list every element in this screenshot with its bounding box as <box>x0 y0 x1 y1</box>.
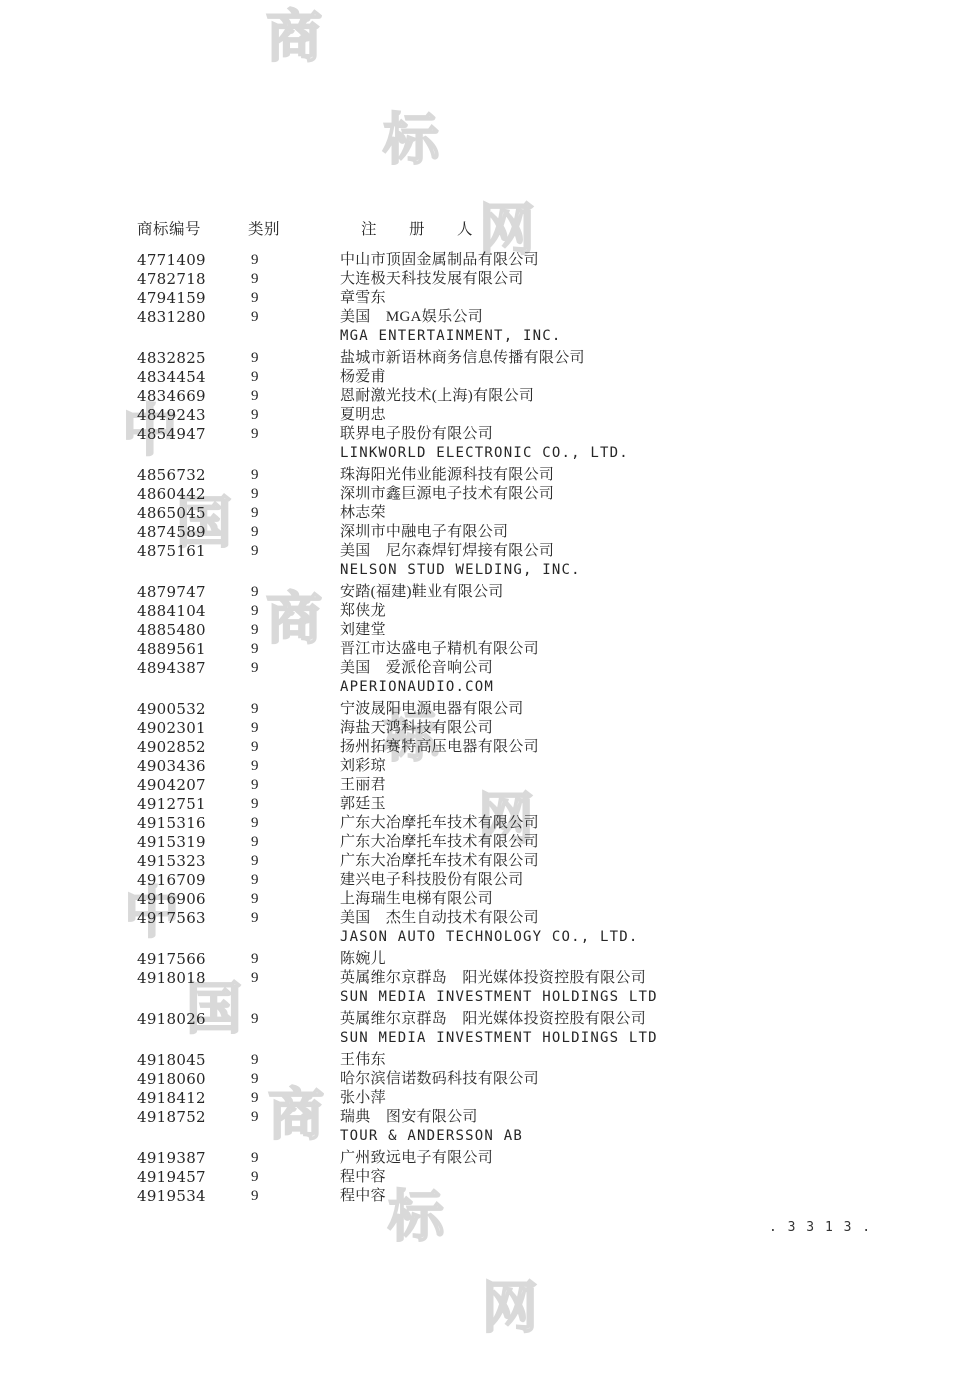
registrant-english-line: JASON AUTO TECHNOLOGY CO., LTD. <box>137 928 897 947</box>
trademark-number-cell: 4918060 <box>137 1070 206 1089</box>
trademark-number-cell: 4834669 <box>137 387 206 406</box>
table-row: 48567329珠海阳光伟业能源科技有限公司 <box>137 466 897 485</box>
table-row: 49167099建兴电子科技股份有限公司 <box>137 871 897 890</box>
class-cell: 9 <box>251 1010 259 1029</box>
trademark-number-cell: 4854947 <box>137 425 206 444</box>
registrant-cell: 瑞典 图安有限公司 <box>340 1108 478 1127</box>
class-cell: 9 <box>251 871 259 890</box>
registrant-cell: 安踏(福建)鞋业有限公司 <box>340 583 504 602</box>
registrant-cell: 联界电子股份有限公司 <box>340 425 493 444</box>
class-cell: 9 <box>251 504 259 523</box>
registrant-cell: 英属维尔京群岛 阳光媒体投资控股有限公司 <box>340 1010 646 1029</box>
class-cell: 9 <box>251 542 259 561</box>
class-cell: 9 <box>251 1089 259 1108</box>
class-cell: 9 <box>251 425 259 444</box>
class-cell: 9 <box>251 719 259 738</box>
registrant-cell: 扬州拓赛特高压电器有限公司 <box>340 738 539 757</box>
table-row: 49153239广东大冶摩托车技术有限公司 <box>137 852 897 871</box>
class-cell: 9 <box>251 852 259 871</box>
registrant-cell: 林志荣 <box>340 504 386 523</box>
trademark-number-cell: 4900532 <box>137 700 206 719</box>
trademark-number-cell: 4912751 <box>137 795 206 814</box>
table-row: 48841049郑侠龙 <box>137 602 897 621</box>
table-row: 48797479安踏(福建)鞋业有限公司 <box>137 583 897 602</box>
registrant-cell: 王伟东 <box>340 1051 386 1070</box>
registrant-cell: 深圳市中融电子有限公司 <box>340 523 508 542</box>
trademark-number-cell: 4918026 <box>137 1010 206 1029</box>
trademark-number-cell: 4904207 <box>137 776 206 795</box>
trademark-number-cell: 4794159 <box>137 289 206 308</box>
trademark-number-cell: 4782718 <box>137 270 206 289</box>
table-row: 48604429深圳市鑫巨源电子技术有限公司 <box>137 485 897 504</box>
page-content: 商标编号 类别 注 册 人 47714099中山市顶固金属制品有限公司47827… <box>0 0 980 1400</box>
trademark-number-cell: 4834454 <box>137 368 206 387</box>
trademark-number-cell: 4919387 <box>137 1149 206 1168</box>
trademark-number-cell: 4918018 <box>137 969 206 988</box>
table-row: 48745899深圳市中融电子有限公司 <box>137 523 897 542</box>
class-cell: 9 <box>251 368 259 387</box>
trademark-number-cell: 4874589 <box>137 523 206 542</box>
registrant-english-line: MGA ENTERTAINMENT, INC. <box>137 327 897 346</box>
table-row: 49180269英属维尔京群岛 阳光媒体投资控股有限公司 <box>137 1010 897 1029</box>
registrant-cell: 英属维尔京群岛 阳光媒体投资控股有限公司 <box>340 969 646 988</box>
table-row: 49034369刘彩琼 <box>137 757 897 776</box>
table-row: 49195349程中容 <box>137 1187 897 1206</box>
class-cell: 9 <box>251 738 259 757</box>
class-cell: 9 <box>251 406 259 425</box>
table-row: 49187529瑞典 图安有限公司 <box>137 1108 897 1127</box>
registrant-cell: 海盐天鸿科技有限公司 <box>340 719 493 738</box>
class-cell: 9 <box>251 387 259 406</box>
registrant-english-line: SUN MEDIA INVESTMENT HOLDINGS LTD <box>137 988 897 1007</box>
class-cell: 9 <box>251 270 259 289</box>
class-cell: 9 <box>251 1149 259 1168</box>
table-row: 48344549杨爱甫 <box>137 368 897 387</box>
registrant-cell: 上海瑞生电梯有限公司 <box>340 890 493 909</box>
table-row: 49180609哈尔滨信诺数码科技有限公司 <box>137 1070 897 1089</box>
registrant-cell: 章雪东 <box>340 289 386 308</box>
trademark-number-cell: 4915316 <box>137 814 206 833</box>
class-cell: 9 <box>251 349 259 368</box>
trademark-number-cell: 4916709 <box>137 871 206 890</box>
registrant-cell: 哈尔滨信诺数码科技有限公司 <box>340 1070 539 1089</box>
class-cell: 9 <box>251 833 259 852</box>
class-cell: 9 <box>251 1051 259 1070</box>
class-cell: 9 <box>251 890 259 909</box>
table-row: 48943879美国 爱派伦音响公司 <box>137 659 897 678</box>
table-row: 48895619晋江市达盛电子精机有限公司 <box>137 640 897 659</box>
table-row: 48328259盐城市新语林商务信息传播有限公司 <box>137 349 897 368</box>
trademark-number-cell: 4919534 <box>137 1187 206 1206</box>
registrant-cell: 夏明忠 <box>340 406 386 425</box>
column-header-trademark-number: 商标编号 <box>137 217 201 239</box>
class-cell: 9 <box>251 583 259 602</box>
class-cell: 9 <box>251 1168 259 1187</box>
registrant-cell: 广东大冶摩托车技术有限公司 <box>340 814 539 833</box>
table-row: 48650459林志荣 <box>137 504 897 523</box>
table-row: 47714099中山市顶固金属制品有限公司 <box>137 251 897 270</box>
registrant-cell: 美国 爱派伦音响公司 <box>340 659 493 678</box>
class-cell: 9 <box>251 1108 259 1127</box>
trademark-number-cell: 4915319 <box>137 833 206 852</box>
column-header-registrant: 注 册 人 <box>361 217 473 239</box>
class-cell: 9 <box>251 776 259 795</box>
registrant-cell: 美国 尼尔森焊钉焊接有限公司 <box>340 542 554 561</box>
table-row: 48312809美国 MGA娱乐公司 <box>137 308 897 327</box>
registrant-cell: 刘建堂 <box>340 621 386 640</box>
page-number: . 3 3 1 3 . <box>769 1220 872 1235</box>
class-cell: 9 <box>251 795 259 814</box>
class-cell: 9 <box>251 602 259 621</box>
class-cell: 9 <box>251 621 259 640</box>
class-cell: 9 <box>251 757 259 776</box>
registrant-cell: 晋江市达盛电子精机有限公司 <box>340 640 539 659</box>
registrant-english-line: NELSON STUD WELDING, INC. <box>137 561 897 580</box>
registrant-cell: 程中容 <box>340 1168 386 1187</box>
table-row: 49184129张小萍 <box>137 1089 897 1108</box>
registrant-cell: 珠海阳光伟业能源科技有限公司 <box>340 466 554 485</box>
registrant-english-line: APERIONAUDIO.COM <box>137 678 897 697</box>
table-row: 48549479联界电子股份有限公司 <box>137 425 897 444</box>
class-cell: 9 <box>251 466 259 485</box>
registrant-cell: 郑侠龙 <box>340 602 386 621</box>
registrant-cell: 建兴电子科技股份有限公司 <box>340 871 524 890</box>
registrant-cell: 大连极天科技发展有限公司 <box>340 270 524 289</box>
registrant-cell: 宁波晟阳电源电器有限公司 <box>340 700 524 719</box>
trademark-number-cell: 4902301 <box>137 719 206 738</box>
table-row: 48346699恩耐激光技术(上海)有限公司 <box>137 387 897 406</box>
table-row: 49169069上海瑞生电梯有限公司 <box>137 890 897 909</box>
class-cell: 9 <box>251 289 259 308</box>
registrant-cell: 广州致远电子有限公司 <box>340 1149 493 1168</box>
table-row: 49023019海盐天鸿科技有限公司 <box>137 719 897 738</box>
table-row: 49153199广东大冶摩托车技术有限公司 <box>137 833 897 852</box>
trademark-number-cell: 4902852 <box>137 738 206 757</box>
registrant-cell: 美国 MGA娱乐公司 <box>340 308 483 327</box>
class-cell: 9 <box>251 950 259 969</box>
trademark-number-cell: 4916906 <box>137 890 206 909</box>
class-cell: 9 <box>251 308 259 327</box>
class-cell: 9 <box>251 1070 259 1089</box>
registrant-cell: 张小萍 <box>340 1089 386 1108</box>
trademark-number-cell: 4832825 <box>137 349 206 368</box>
trademark-number-cell: 4849243 <box>137 406 206 425</box>
trademark-number-cell: 4919457 <box>137 1168 206 1187</box>
trademark-number-cell: 4865045 <box>137 504 206 523</box>
trademark-number-cell: 4831280 <box>137 308 206 327</box>
trademark-number-cell: 4917566 <box>137 950 206 969</box>
trademark-number-cell: 4903436 <box>137 757 206 776</box>
table-row: 49175639美国 杰生自动技术有限公司 <box>137 909 897 928</box>
gazette-document-page: 商标网中国商标网中国商标网 商标编号 类别 注 册 人 47714099中山市顶… <box>0 0 980 1400</box>
class-cell: 9 <box>251 814 259 833</box>
class-cell: 9 <box>251 659 259 678</box>
table-header: 商标编号 类别 注 册 人 <box>137 217 837 237</box>
trademark-number-cell: 4884104 <box>137 602 206 621</box>
column-header-class: 类别 <box>248 217 280 239</box>
registrant-cell: 王丽君 <box>340 776 386 795</box>
class-cell: 9 <box>251 969 259 988</box>
registrant-cell: 广东大冶摩托车技术有限公司 <box>340 852 539 871</box>
table-row: 49175669陈婉儿 <box>137 950 897 969</box>
table-row: 48492439夏明忠 <box>137 406 897 425</box>
table-row: 49153169广东大冶摩托车技术有限公司 <box>137 814 897 833</box>
table-row: 49028529扬州拓赛特高压电器有限公司 <box>137 738 897 757</box>
table-row: 49194579程中容 <box>137 1168 897 1187</box>
table-row: 49180459王伟东 <box>137 1051 897 1070</box>
registrant-cell: 陈婉儿 <box>340 950 386 969</box>
trademark-number-cell: 4918412 <box>137 1089 206 1108</box>
trademark-number-cell: 4771409 <box>137 251 206 270</box>
table-row: 49180189英属维尔京群岛 阳光媒体投资控股有限公司 <box>137 969 897 988</box>
table-row: 47941599章雪东 <box>137 289 897 308</box>
table-body: 47714099中山市顶固金属制品有限公司47827189大连极天科技发展有限公… <box>137 251 897 1206</box>
table-row: 49042079王丽君 <box>137 776 897 795</box>
registrant-cell: 刘彩琼 <box>340 757 386 776</box>
table-row: 49193879广州致远电子有限公司 <box>137 1149 897 1168</box>
class-cell: 9 <box>251 523 259 542</box>
trademark-number-cell: 4918045 <box>137 1051 206 1070</box>
table-row: 49127519郭廷玉 <box>137 795 897 814</box>
trademark-number-cell: 4875161 <box>137 542 206 561</box>
class-cell: 9 <box>251 909 259 928</box>
registrant-english-line: LINKWORLD ELECTRONIC CO., LTD. <box>137 444 897 463</box>
registrant-cell: 程中容 <box>340 1187 386 1206</box>
registrant-english-line: TOUR & ANDERSSON AB <box>137 1127 897 1146</box>
class-cell: 9 <box>251 1187 259 1206</box>
registrant-cell: 郭廷玉 <box>340 795 386 814</box>
registrant-cell: 杨爱甫 <box>340 368 386 387</box>
trademark-number-cell: 4879747 <box>137 583 206 602</box>
class-cell: 9 <box>251 640 259 659</box>
trademark-number-cell: 4915323 <box>137 852 206 871</box>
registrant-cell: 中山市顶固金属制品有限公司 <box>340 251 539 270</box>
registrant-cell: 广东大冶摩托车技术有限公司 <box>340 833 539 852</box>
trademark-number-cell: 4917563 <box>137 909 206 928</box>
class-cell: 9 <box>251 700 259 719</box>
registrant-cell: 美国 杰生自动技术有限公司 <box>340 909 539 928</box>
registrant-english-line: SUN MEDIA INVESTMENT HOLDINGS LTD <box>137 1029 897 1048</box>
table-row: 47827189大连极天科技发展有限公司 <box>137 270 897 289</box>
registrant-cell: 盐城市新语林商务信息传播有限公司 <box>340 349 585 368</box>
trademark-number-cell: 4918752 <box>137 1108 206 1127</box>
table-row: 48854809刘建堂 <box>137 621 897 640</box>
registrant-cell: 深圳市鑫巨源电子技术有限公司 <box>340 485 554 504</box>
trademark-number-cell: 4894387 <box>137 659 206 678</box>
trademark-number-cell: 4885480 <box>137 621 206 640</box>
class-cell: 9 <box>251 251 259 270</box>
registrant-cell: 恩耐激光技术(上海)有限公司 <box>340 387 534 406</box>
table-row: 49005329宁波晟阳电源电器有限公司 <box>137 700 897 719</box>
table-row: 48751619美国 尼尔森焊钉焊接有限公司 <box>137 542 897 561</box>
trademark-number-cell: 4856732 <box>137 466 206 485</box>
class-cell: 9 <box>251 485 259 504</box>
trademark-number-cell: 4889561 <box>137 640 206 659</box>
trademark-number-cell: 4860442 <box>137 485 206 504</box>
